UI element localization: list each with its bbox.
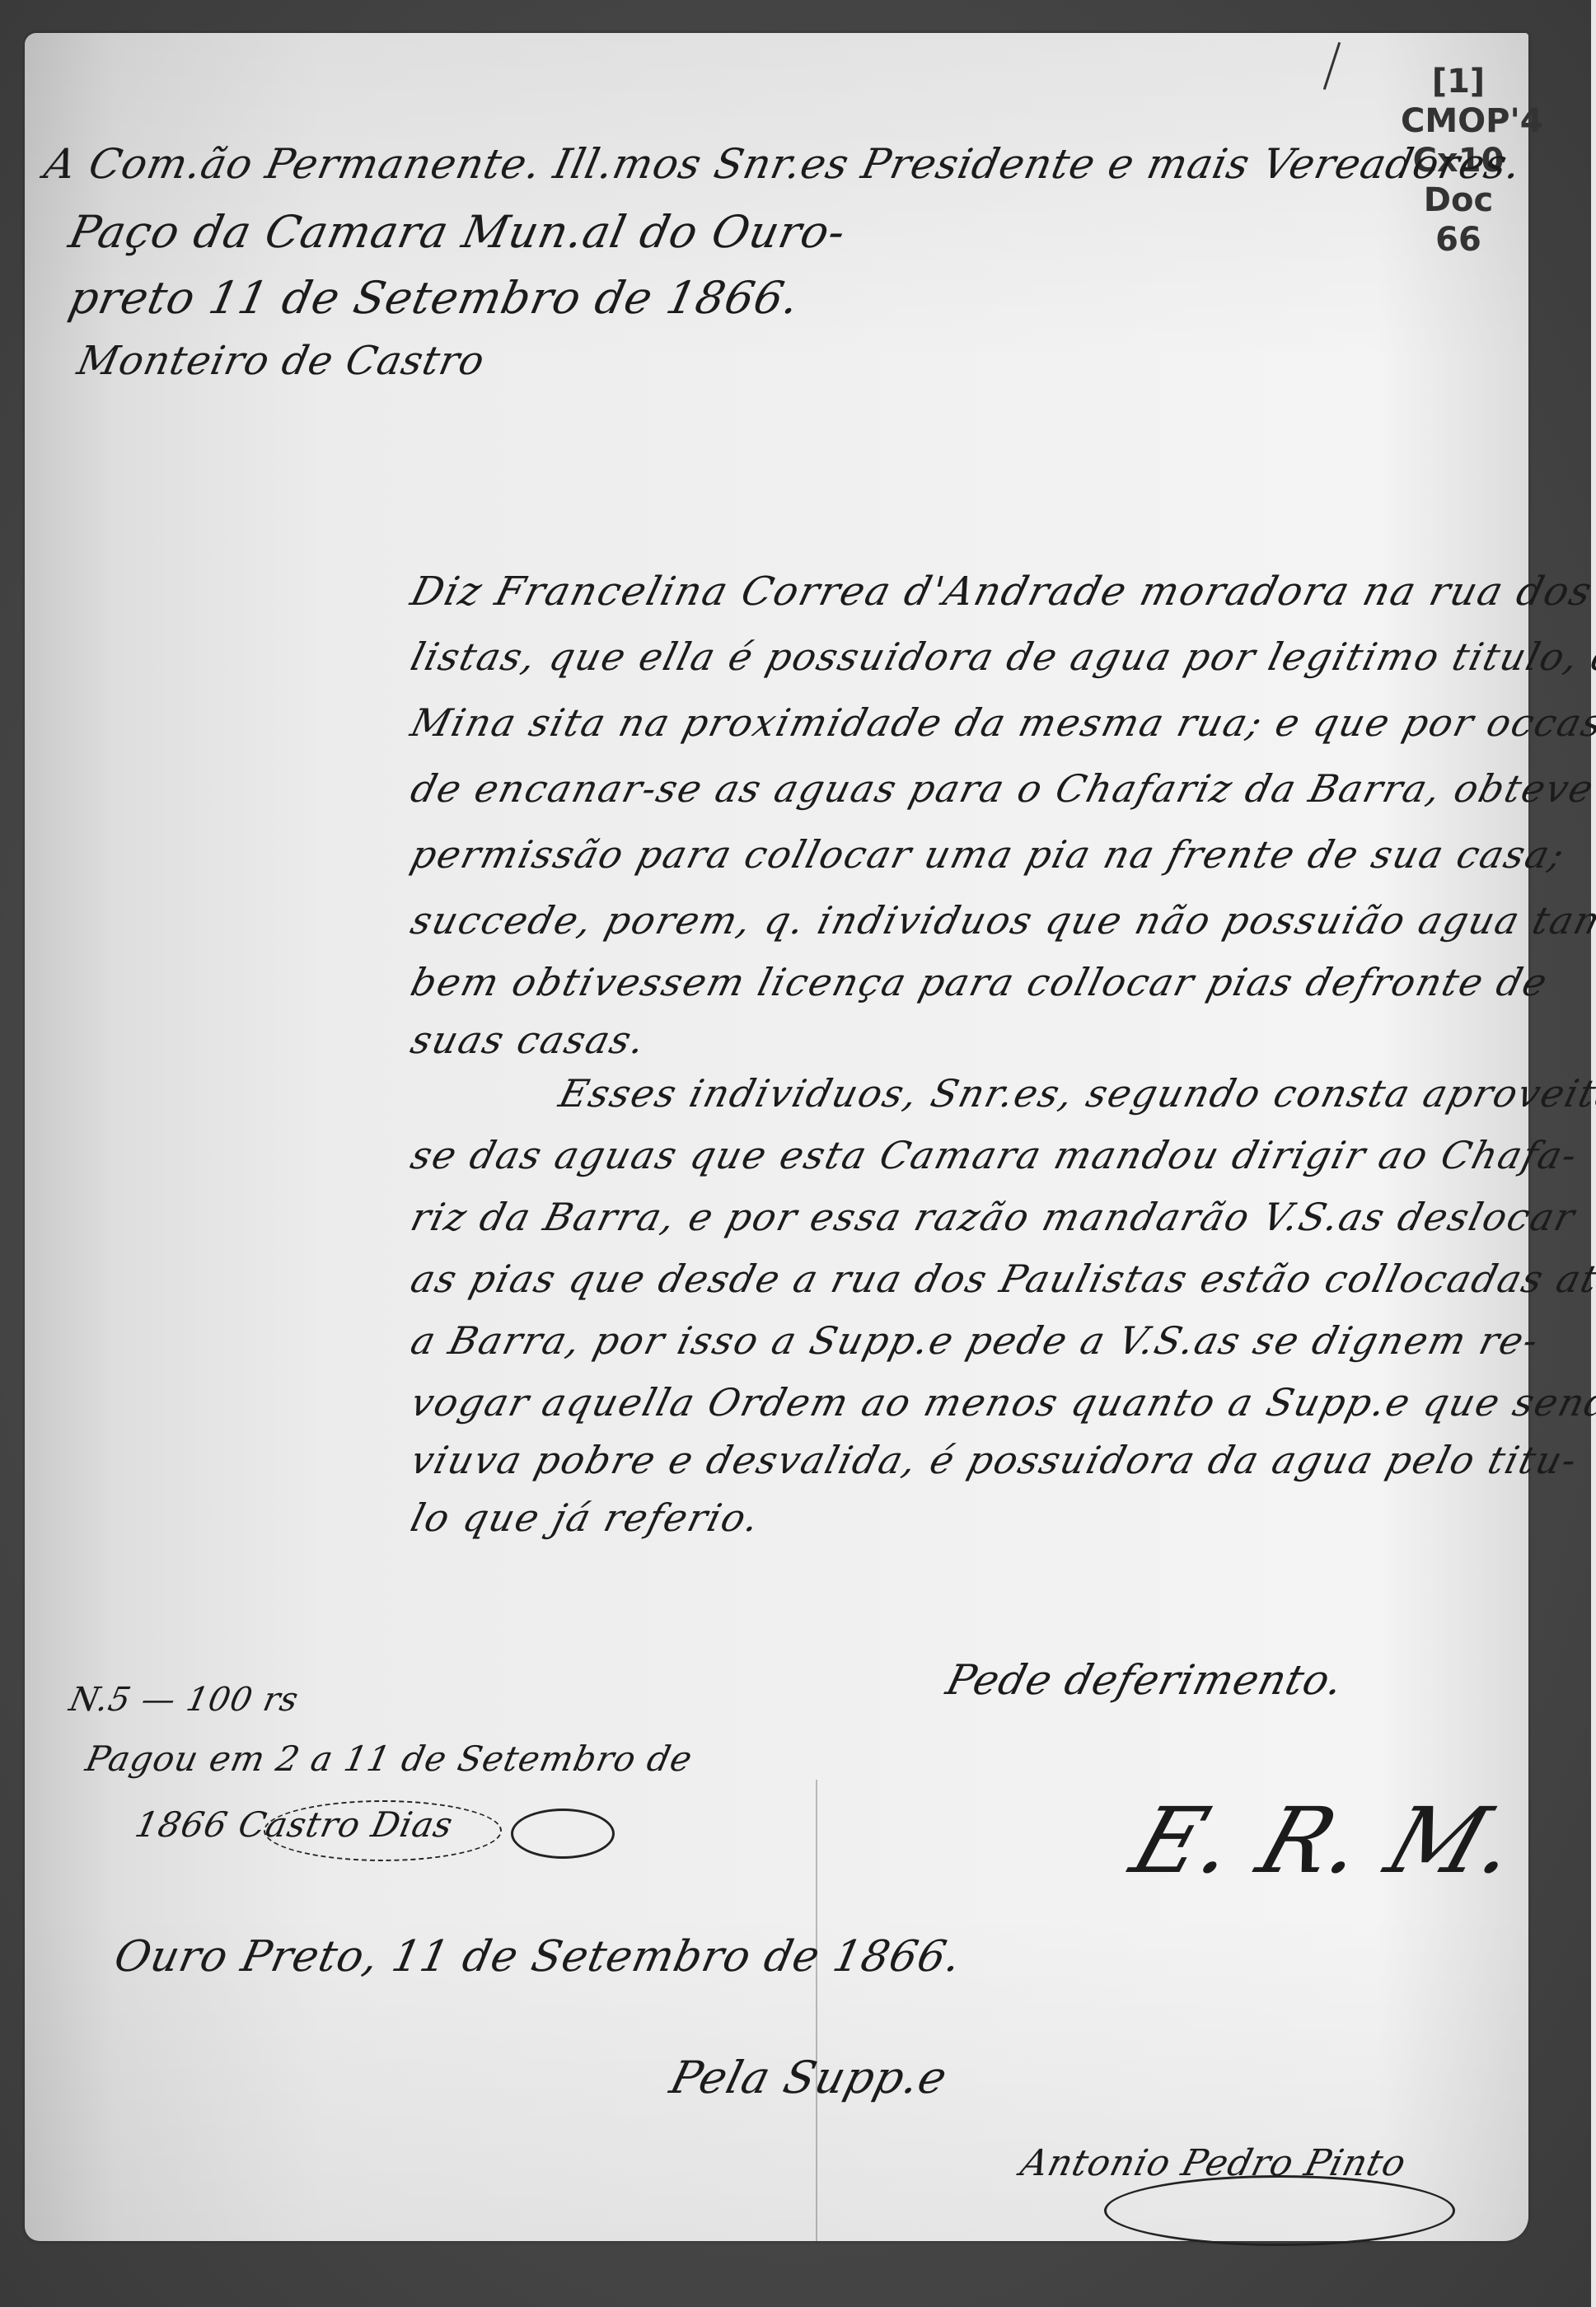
stamp-oval — [264, 1800, 502, 1861]
petition-line: permissão para collocar uma pia na frent… — [406, 832, 1570, 877]
petition-line: de encanar-se as aguas para o Chafariz d… — [406, 766, 1596, 811]
signature-on-behalf: Pela Supp.e — [665, 2052, 952, 2103]
petition-line: bem obtivessem licença para collocar pia… — [406, 960, 1553, 1004]
petition-line: succede, porem, q. individuos que não po… — [406, 898, 1596, 943]
petition-line: as pias que desde a rua dos Paulistas es… — [406, 1256, 1596, 1301]
closing-initials: E. R. M. — [1120, 1788, 1532, 1893]
petition-line: riz da Barra, e por essa razão mandarão … — [406, 1195, 1580, 1239]
scan-edge-strip — [1591, 0, 1596, 2307]
tax-note-line: Pagou em 2 a 11 de Setembro de — [82, 1738, 696, 1779]
archive-label-line: Doc 66 — [1401, 180, 1516, 260]
header-dispatch-line: Paço da Camara Mun.al do Ouro- — [64, 206, 850, 258]
signature-flourish — [1104, 2175, 1455, 2246]
petition-line: se das aguas que esta Camara mandou diri… — [406, 1133, 1583, 1177]
petition-line: lo que já referio. — [406, 1495, 765, 1540]
archive-label-line: [1] — [1401, 62, 1516, 101]
petition-line: Mina sita na proximidade da mesma rua; e… — [406, 700, 1596, 745]
stamp-oval — [511, 1809, 615, 1859]
place-date: Ouro Preto, 11 de Setembro de 1866. — [110, 1932, 966, 1982]
header-dispatch-line: preto 11 de Setembro de 1866. — [64, 272, 804, 324]
petition-line: listas, que ella é possuidora de agua po… — [406, 634, 1596, 679]
archive-label-line: CMOP'4 — [1401, 101, 1516, 141]
petition-line: vogar aquella Ordem ao menos quanto a Su… — [406, 1380, 1596, 1425]
header-signature: Monteiro de Castro — [73, 338, 489, 384]
paper-tear — [816, 1780, 817, 2241]
petition-line: Esses individuos, Snr.es, segundo consta… — [555, 1071, 1596, 1116]
petition-line: a Barra, por isso a Supp.e pede a V.S.as… — [406, 1318, 1544, 1363]
petition-line: Diz Francelina Correa d'Andrade moradora… — [406, 569, 1596, 615]
header-dispatch-line: A Com.ão Permanente. Ill.mos Snr.es Pres… — [40, 140, 1526, 188]
petition-line: viuva pobre e desvalida, é possuidora da… — [406, 1438, 1583, 1482]
tax-note-line: N.5 — 100 rs — [66, 1681, 302, 1719]
petition-line: suas casas. — [406, 1018, 651, 1062]
closing-request: Pede deferimento. — [942, 1656, 1349, 1704]
